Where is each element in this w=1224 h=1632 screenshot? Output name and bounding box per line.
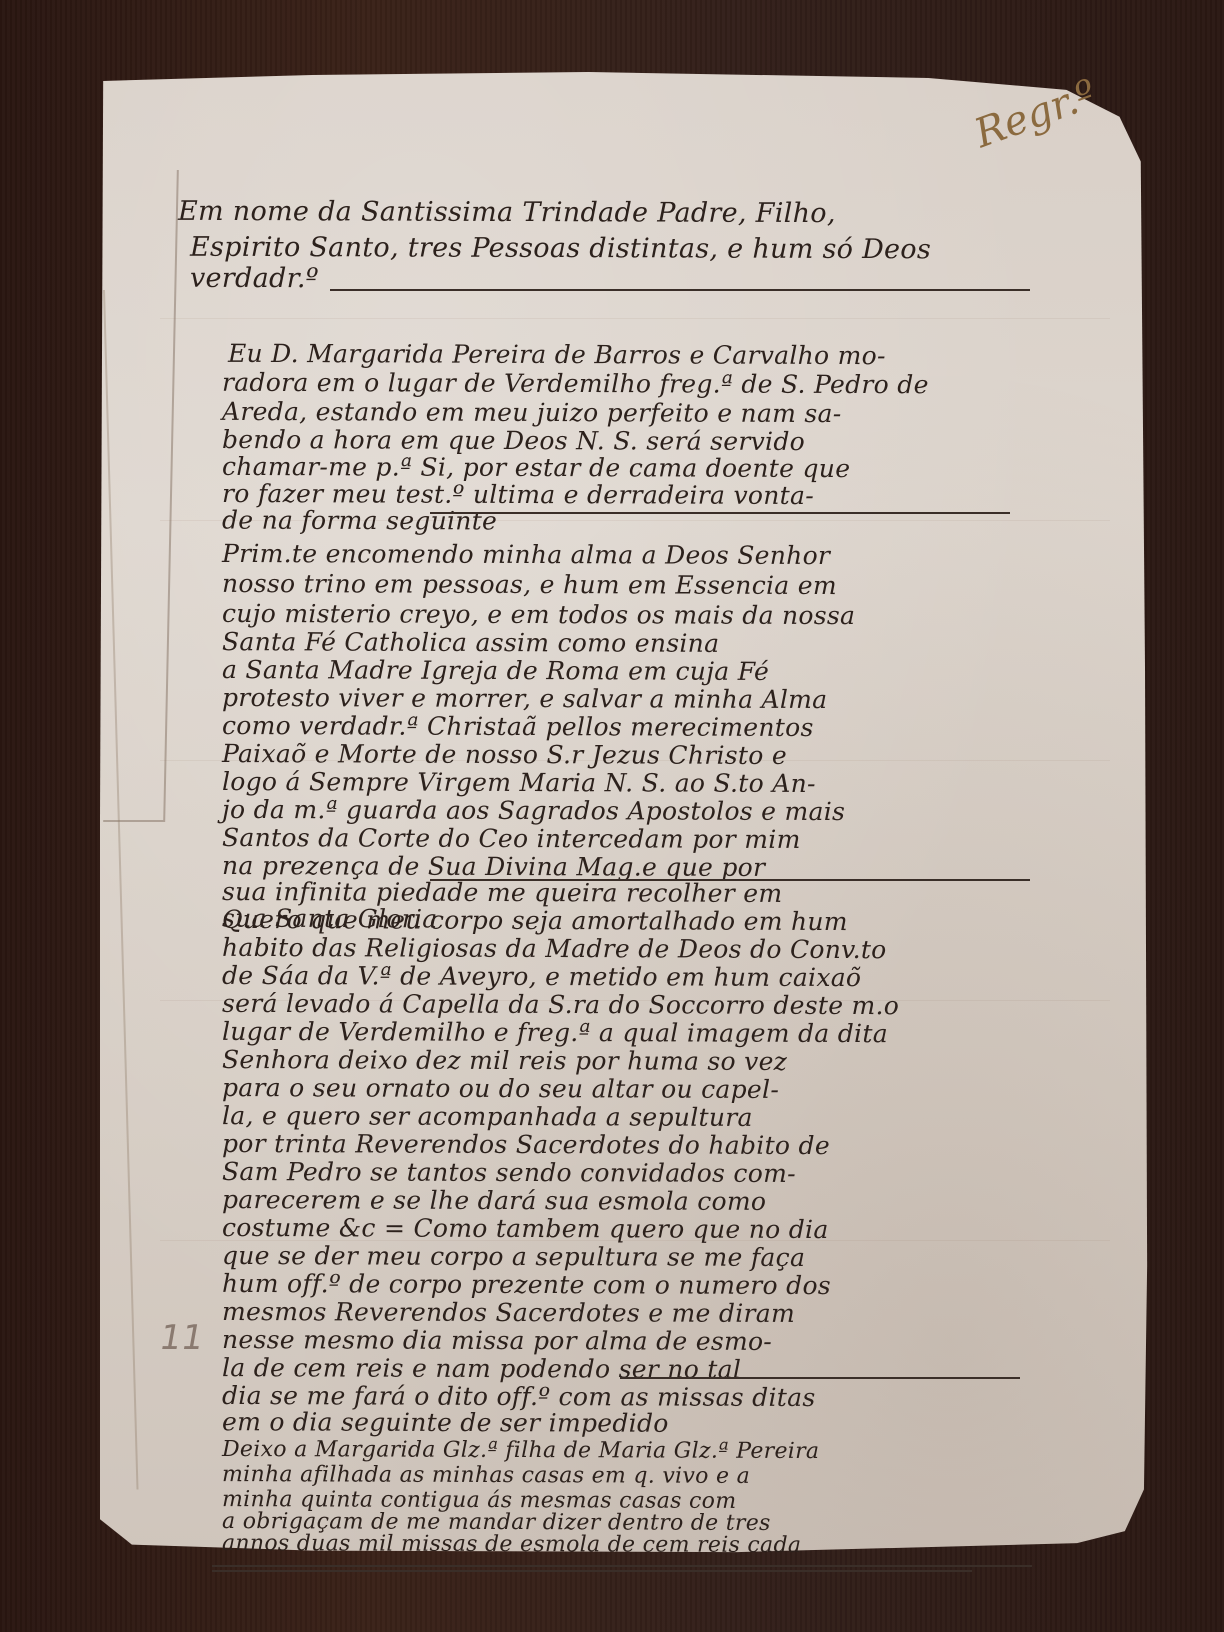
heading-line-2: Espirito Santo, tres Pessoas distintas, … (190, 233, 931, 266)
section-rule (430, 879, 1030, 881)
burial-line: em o dia seguinte de ser impedido (222, 1407, 669, 1438)
closing-double-rule-top (212, 1565, 1032, 1567)
burial-line: mesmos Reverendos Sacerdotes e me diram (222, 1297, 795, 1328)
burial-line: costume &c = Como tambem quero que no di… (222, 1213, 829, 1244)
margin-pencil-note: 11 (156, 1318, 206, 1358)
burial-line: Sam Pedro se tantos sendo convidados com… (222, 1157, 796, 1188)
burial-line: por trinta Reverendos Sacerdotes do habi… (222, 1129, 830, 1160)
burial-line: hum off.º de corpo prezente com o numero… (222, 1269, 831, 1300)
burial-line: para o seu ornato ou do seu altar ou cap… (222, 1073, 779, 1104)
opening-line: Eu D. Margarida Pereira de Barros e Carv… (228, 339, 886, 370)
faith-line: Paixaõ e Morte de nosso S.r Jezus Christ… (222, 739, 787, 770)
burial-line: la de cem reis e nam podendo ser no tal (222, 1353, 741, 1384)
faith-line: logo á Sempre Virgem Maria N. S. ao S.to… (222, 767, 816, 798)
burial-line: de Sáa da V.ª de Aveyro, e metido em hum… (222, 961, 861, 992)
opening-line: Areda, estando em meu juizo perfeito e n… (222, 397, 842, 428)
burial-line: que se der meu corpo a sepultura se me f… (222, 1241, 805, 1272)
burial-line: habito das Religiosas da Madre de Deos d… (222, 933, 887, 964)
burial-line: Quero que meu corpo seja amortalhado em … (222, 905, 848, 936)
faith-line: como verdadr.ª Christaã pellos merecimen… (222, 711, 814, 742)
section-rule (620, 1377, 1020, 1379)
faith-line: Santos da Corte do Ceo intercedam por mi… (222, 823, 801, 854)
heading-underline (330, 289, 1030, 291)
burial-line: nesse mesmo dia missa por alma de esmo- (222, 1325, 772, 1356)
burial-line: parecerem e se lhe dará sua esmola como (222, 1185, 766, 1216)
faith-line: Santa Fé Catholica assim como ensina (222, 627, 719, 658)
opening-line: radora em o lugar de Verdemilho freg.ª d… (222, 368, 929, 399)
opening-line: de na forma seguinte (222, 506, 497, 536)
manuscript-photo: Regr.º 11 Em nome da Santissima Trindade… (0, 0, 1224, 1632)
faith-line: a Santa Madre Igreja de Roma em cuja Fé (222, 655, 769, 686)
faith-line: cujo misterio creyo, e em todos os mais … (222, 599, 855, 630)
faith-line: Prim.te encomendo minha alma a Deos Senh… (222, 539, 830, 570)
faith-line: protesto viver e morrer, e salvar a minh… (222, 683, 828, 714)
heading-line-3: verdadr.º (190, 264, 319, 294)
section-rule (430, 512, 1010, 514)
burial-line: lugar de Verdemilho e freg.ª a qual imag… (222, 1017, 888, 1048)
bequest-line: annos duas mil missas de esmola de cem r… (222, 1529, 801, 1560)
faith-line: nosso trino em pessoas, e hum em Essenci… (222, 569, 837, 600)
burial-line: la, e quero ser acompanhada a sepultura (222, 1101, 753, 1132)
closing-double-rule-bottom (212, 1570, 972, 1572)
burial-line: Senhora deixo dez mil reis por huma so v… (222, 1045, 787, 1076)
faith-line: jo da m.ª guarda aos Sagrados Apostolos … (222, 795, 845, 826)
bleed-through-line (160, 318, 1110, 319)
heading-line-1: Em nome da Santissima Trindade Padre, Fi… (178, 197, 836, 229)
burial-line: será levado á Capella da S.ra do Soccorr… (222, 989, 899, 1020)
